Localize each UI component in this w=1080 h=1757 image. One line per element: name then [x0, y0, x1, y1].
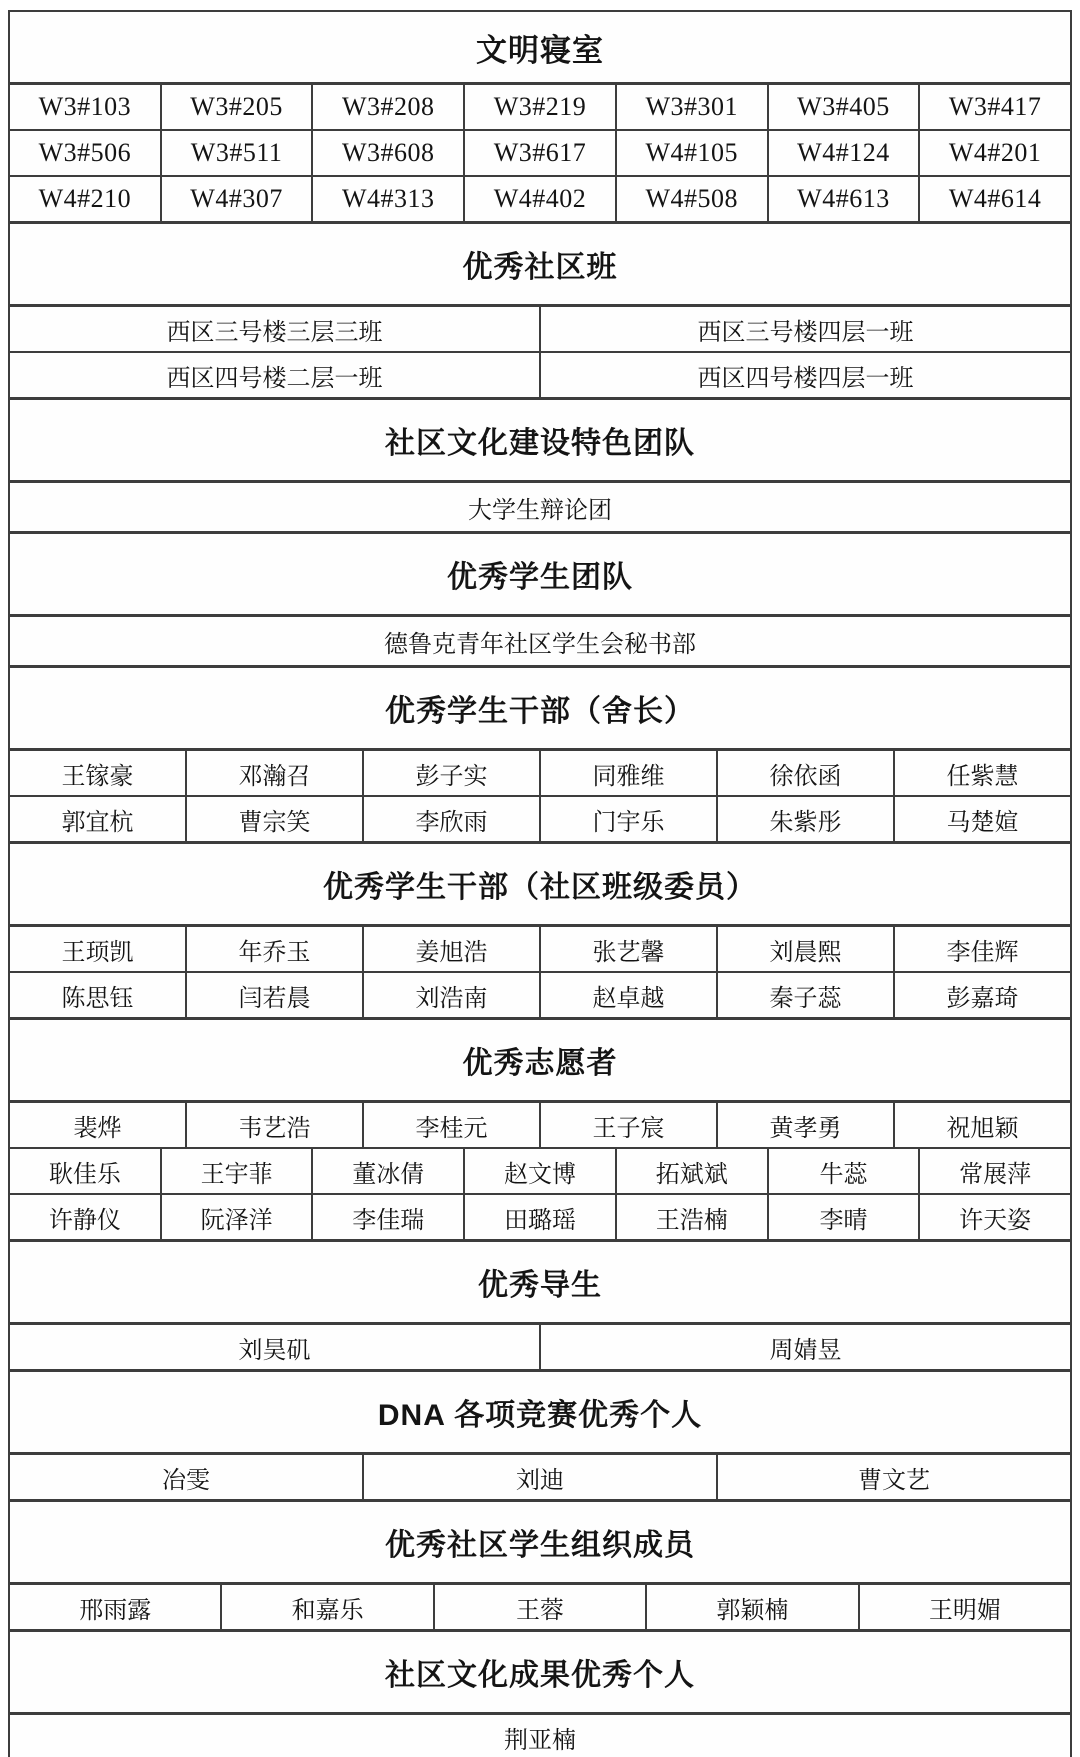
section-title-volunteers: 优秀志愿者: [10, 1020, 1070, 1100]
volunteers-row-1: 裴烨 韦艺浩 李桂元 王子宸 黄孝勇 祝旭颖: [10, 1100, 1070, 1147]
dorm-cell: W4#105: [615, 131, 767, 175]
name-cell: 徐依函: [716, 751, 893, 795]
name-cell: 郭宜杭: [10, 797, 185, 841]
award-table: 文明寝室 W3#103 W3#205 W3#208 W3#219 W3#301 …: [8, 10, 1072, 1757]
name-cell: 祝旭颖: [893, 1103, 1070, 1147]
name-cell: 冶雯: [10, 1455, 362, 1499]
name-cell: 李佳瑞: [311, 1195, 463, 1239]
dorm-cell: W4#508: [615, 177, 767, 221]
name-cell: 常展萍: [918, 1149, 1070, 1193]
dorm-leader-row-1: 王镓豪 邓瀚召 彭子实 同雅维 徐依函 任紫慧: [10, 748, 1070, 795]
section-title-dna-competition-row: DNA 各项竞赛优秀个人: [10, 1369, 1070, 1452]
name-cell: 荆亚楠: [10, 1715, 1070, 1757]
section-title-organization-members: 优秀社区学生组织成员: [10, 1502, 1070, 1582]
section-title-student-team: 优秀学生团队: [10, 534, 1070, 614]
class-cell: 西区四号楼二层一班: [10, 353, 539, 397]
name-cell: 裴烨: [10, 1103, 185, 1147]
dorm-cell: W3#608: [311, 131, 463, 175]
class-row-1: 西区三号楼三层三班 西区三号楼四层一班: [10, 304, 1070, 351]
name-cell: 年乔玉: [185, 927, 362, 971]
name-cell: 刘昊矶: [10, 1325, 539, 1369]
dorm-cell: W3#511: [160, 131, 312, 175]
dorm-cell: W3#405: [767, 85, 919, 129]
student-team-row: 德鲁克青年社区学生会秘书部: [10, 614, 1070, 665]
name-cell: 田璐瑶: [463, 1195, 615, 1239]
name-cell: 刘晨熙: [716, 927, 893, 971]
name-cell: 黄孝勇: [716, 1103, 893, 1147]
mentors-row: 刘昊矶 周婧昱: [10, 1322, 1070, 1369]
name-cell: 许静仪: [10, 1195, 160, 1239]
section-title-student-team-row: 优秀学生团队: [10, 531, 1070, 614]
name-cell: 邓瀚召: [185, 751, 362, 795]
dorm-cell: W3#208: [311, 85, 463, 129]
section-title-class-committee: 优秀学生干部（社区班级委员）: [10, 844, 1070, 924]
name-cell: 郭颖楠: [645, 1585, 857, 1629]
name-cell: 李晴: [767, 1195, 919, 1239]
name-cell: 王镓豪: [10, 751, 185, 795]
section-title-culture-achievement-row: 社区文化成果优秀个人: [10, 1629, 1070, 1712]
name-cell: 董冰倩: [311, 1149, 463, 1193]
name-cell: 朱紫彤: [716, 797, 893, 841]
dorm-leader-row-2: 郭宜杭 曹宗笑 李欣雨 门宇乐 朱紫彤 马楚媗: [10, 795, 1070, 841]
name-cell: 赵卓越: [539, 973, 716, 1017]
name-cell: 张艺馨: [539, 927, 716, 971]
dorm-cell: W3#417: [918, 85, 1070, 129]
volunteers-row-3: 许静仪 阮泽洋 李佳瑞 田璐瑶 王浩楠 李晴 许天姿: [10, 1193, 1070, 1239]
dorm-row-3: W4#210 W4#307 W4#313 W4#402 W4#508 W4#61…: [10, 175, 1070, 221]
dorm-cell: W4#613: [767, 177, 919, 221]
name-cell: 姜旭浩: [362, 927, 539, 971]
name-cell: 和嘉乐: [220, 1585, 432, 1629]
dorm-cell: W4#402: [463, 177, 615, 221]
name-cell: 刘迪: [362, 1455, 716, 1499]
name-cell: 赵文博: [463, 1149, 615, 1193]
team-cell: 大学生辩论团: [10, 483, 1070, 531]
culture-team-row: 大学生辩论团: [10, 480, 1070, 531]
name-cell: 阮泽洋: [160, 1195, 312, 1239]
section-title-culture-team: 社区文化建设特色团队: [10, 400, 1070, 480]
section-title-dna-competition: DNA 各项竞赛优秀个人: [10, 1372, 1070, 1452]
volunteers-row-2: 耿佳乐 王宇菲 董冰倩 赵文博 拓斌斌 牛蕊 常展萍: [10, 1147, 1070, 1193]
class-cell: 西区三号楼四层一班: [539, 307, 1070, 351]
section-title-culture-team-row: 社区文化建设特色团队: [10, 397, 1070, 480]
team-cell: 德鲁克青年社区学生会秘书部: [10, 617, 1070, 665]
section-title-mentors: 优秀导生: [10, 1242, 1070, 1322]
dorm-cell: W3#301: [615, 85, 767, 129]
section-title-dorm-leader: 优秀学生干部（舍长）: [10, 668, 1070, 748]
name-cell: 王蓉: [433, 1585, 645, 1629]
name-cell: 邢雨露: [10, 1585, 220, 1629]
dorm-cell: W3#219: [463, 85, 615, 129]
dorm-cell: W4#614: [918, 177, 1070, 221]
name-cell: 耿佳乐: [10, 1149, 160, 1193]
section-title-class-committee-row: 优秀学生干部（社区班级委员）: [10, 841, 1070, 924]
dorm-cell: W4#124: [767, 131, 919, 175]
name-cell: 闫若晨: [185, 973, 362, 1017]
name-cell: 曹文艺: [716, 1455, 1070, 1499]
name-cell: 同雅维: [539, 751, 716, 795]
name-cell: 拓斌斌: [615, 1149, 767, 1193]
name-cell: 秦子蕊: [716, 973, 893, 1017]
class-cell: 西区三号楼三层三班: [10, 307, 539, 351]
name-cell: 陈思钰: [10, 973, 185, 1017]
name-cell: 牛蕊: [767, 1149, 919, 1193]
name-cell: 彭嘉琦: [893, 973, 1070, 1017]
name-cell: 李桂元: [362, 1103, 539, 1147]
name-cell: 李欣雨: [362, 797, 539, 841]
section-title-organization-members-row: 优秀社区学生组织成员: [10, 1499, 1070, 1582]
section-title-mentors-row: 优秀导生: [10, 1239, 1070, 1322]
class-committee-row-2: 陈思钰 闫若晨 刘浩南 赵卓越 秦子蕊 彭嘉琦: [10, 971, 1070, 1017]
class-cell: 西区四号楼四层一班: [539, 353, 1070, 397]
name-cell: 周婧昱: [539, 1325, 1070, 1369]
section-title-dorm-leader-row: 优秀学生干部（舍长）: [10, 665, 1070, 748]
name-cell: 刘浩南: [362, 973, 539, 1017]
name-cell: 王宇菲: [160, 1149, 312, 1193]
name-cell: 王明媚: [858, 1585, 1070, 1629]
section-title-civilized-dorm: 文明寝室: [10, 12, 1070, 82]
dorm-cell: W3#506: [10, 131, 160, 175]
dorm-cell: W4#210: [10, 177, 160, 221]
name-cell: 彭子实: [362, 751, 539, 795]
class-row-2: 西区四号楼二层一班 西区四号楼四层一班: [10, 351, 1070, 397]
dorm-cell: W4#307: [160, 177, 312, 221]
section-title-culture-achievement: 社区文化成果优秀个人: [10, 1632, 1070, 1712]
name-cell: 王子宸: [539, 1103, 716, 1147]
culture-achievement-row: 荆亚楠: [10, 1712, 1070, 1757]
section-title-excellent-community-class-row: 优秀社区班: [10, 221, 1070, 304]
name-cell: 曹宗笑: [185, 797, 362, 841]
name-cell: 马楚媗: [893, 797, 1070, 841]
name-cell: 王顼凯: [10, 927, 185, 971]
section-title-civilized-dorm-row: 文明寝室: [10, 12, 1070, 82]
organization-members-row: 邢雨露 和嘉乐 王蓉 郭颖楠 王明媚: [10, 1582, 1070, 1629]
dorm-row-1: W3#103 W3#205 W3#208 W3#219 W3#301 W3#40…: [10, 82, 1070, 129]
name-cell: 李佳辉: [893, 927, 1070, 971]
name-cell: 韦艺浩: [185, 1103, 362, 1147]
dorm-cell: W4#201: [918, 131, 1070, 175]
dorm-cell: W3#205: [160, 85, 312, 129]
name-cell: 许天姿: [918, 1195, 1070, 1239]
dorm-cell: W3#103: [10, 85, 160, 129]
name-cell: 门宇乐: [539, 797, 716, 841]
section-title-volunteers-row: 优秀志愿者: [10, 1017, 1070, 1100]
name-cell: 王浩楠: [615, 1195, 767, 1239]
dna-competition-row: 冶雯 刘迪 曹文艺: [10, 1452, 1070, 1499]
dorm-cell: W3#617: [463, 131, 615, 175]
dorm-row-2: W3#506 W3#511 W3#608 W3#617 W4#105 W4#12…: [10, 129, 1070, 175]
section-title-excellent-community-class: 优秀社区班: [10, 224, 1070, 304]
class-committee-row-1: 王顼凯 年乔玉 姜旭浩 张艺馨 刘晨熙 李佳辉: [10, 924, 1070, 971]
name-cell: 任紫慧: [893, 751, 1070, 795]
dorm-cell: W4#313: [311, 177, 463, 221]
